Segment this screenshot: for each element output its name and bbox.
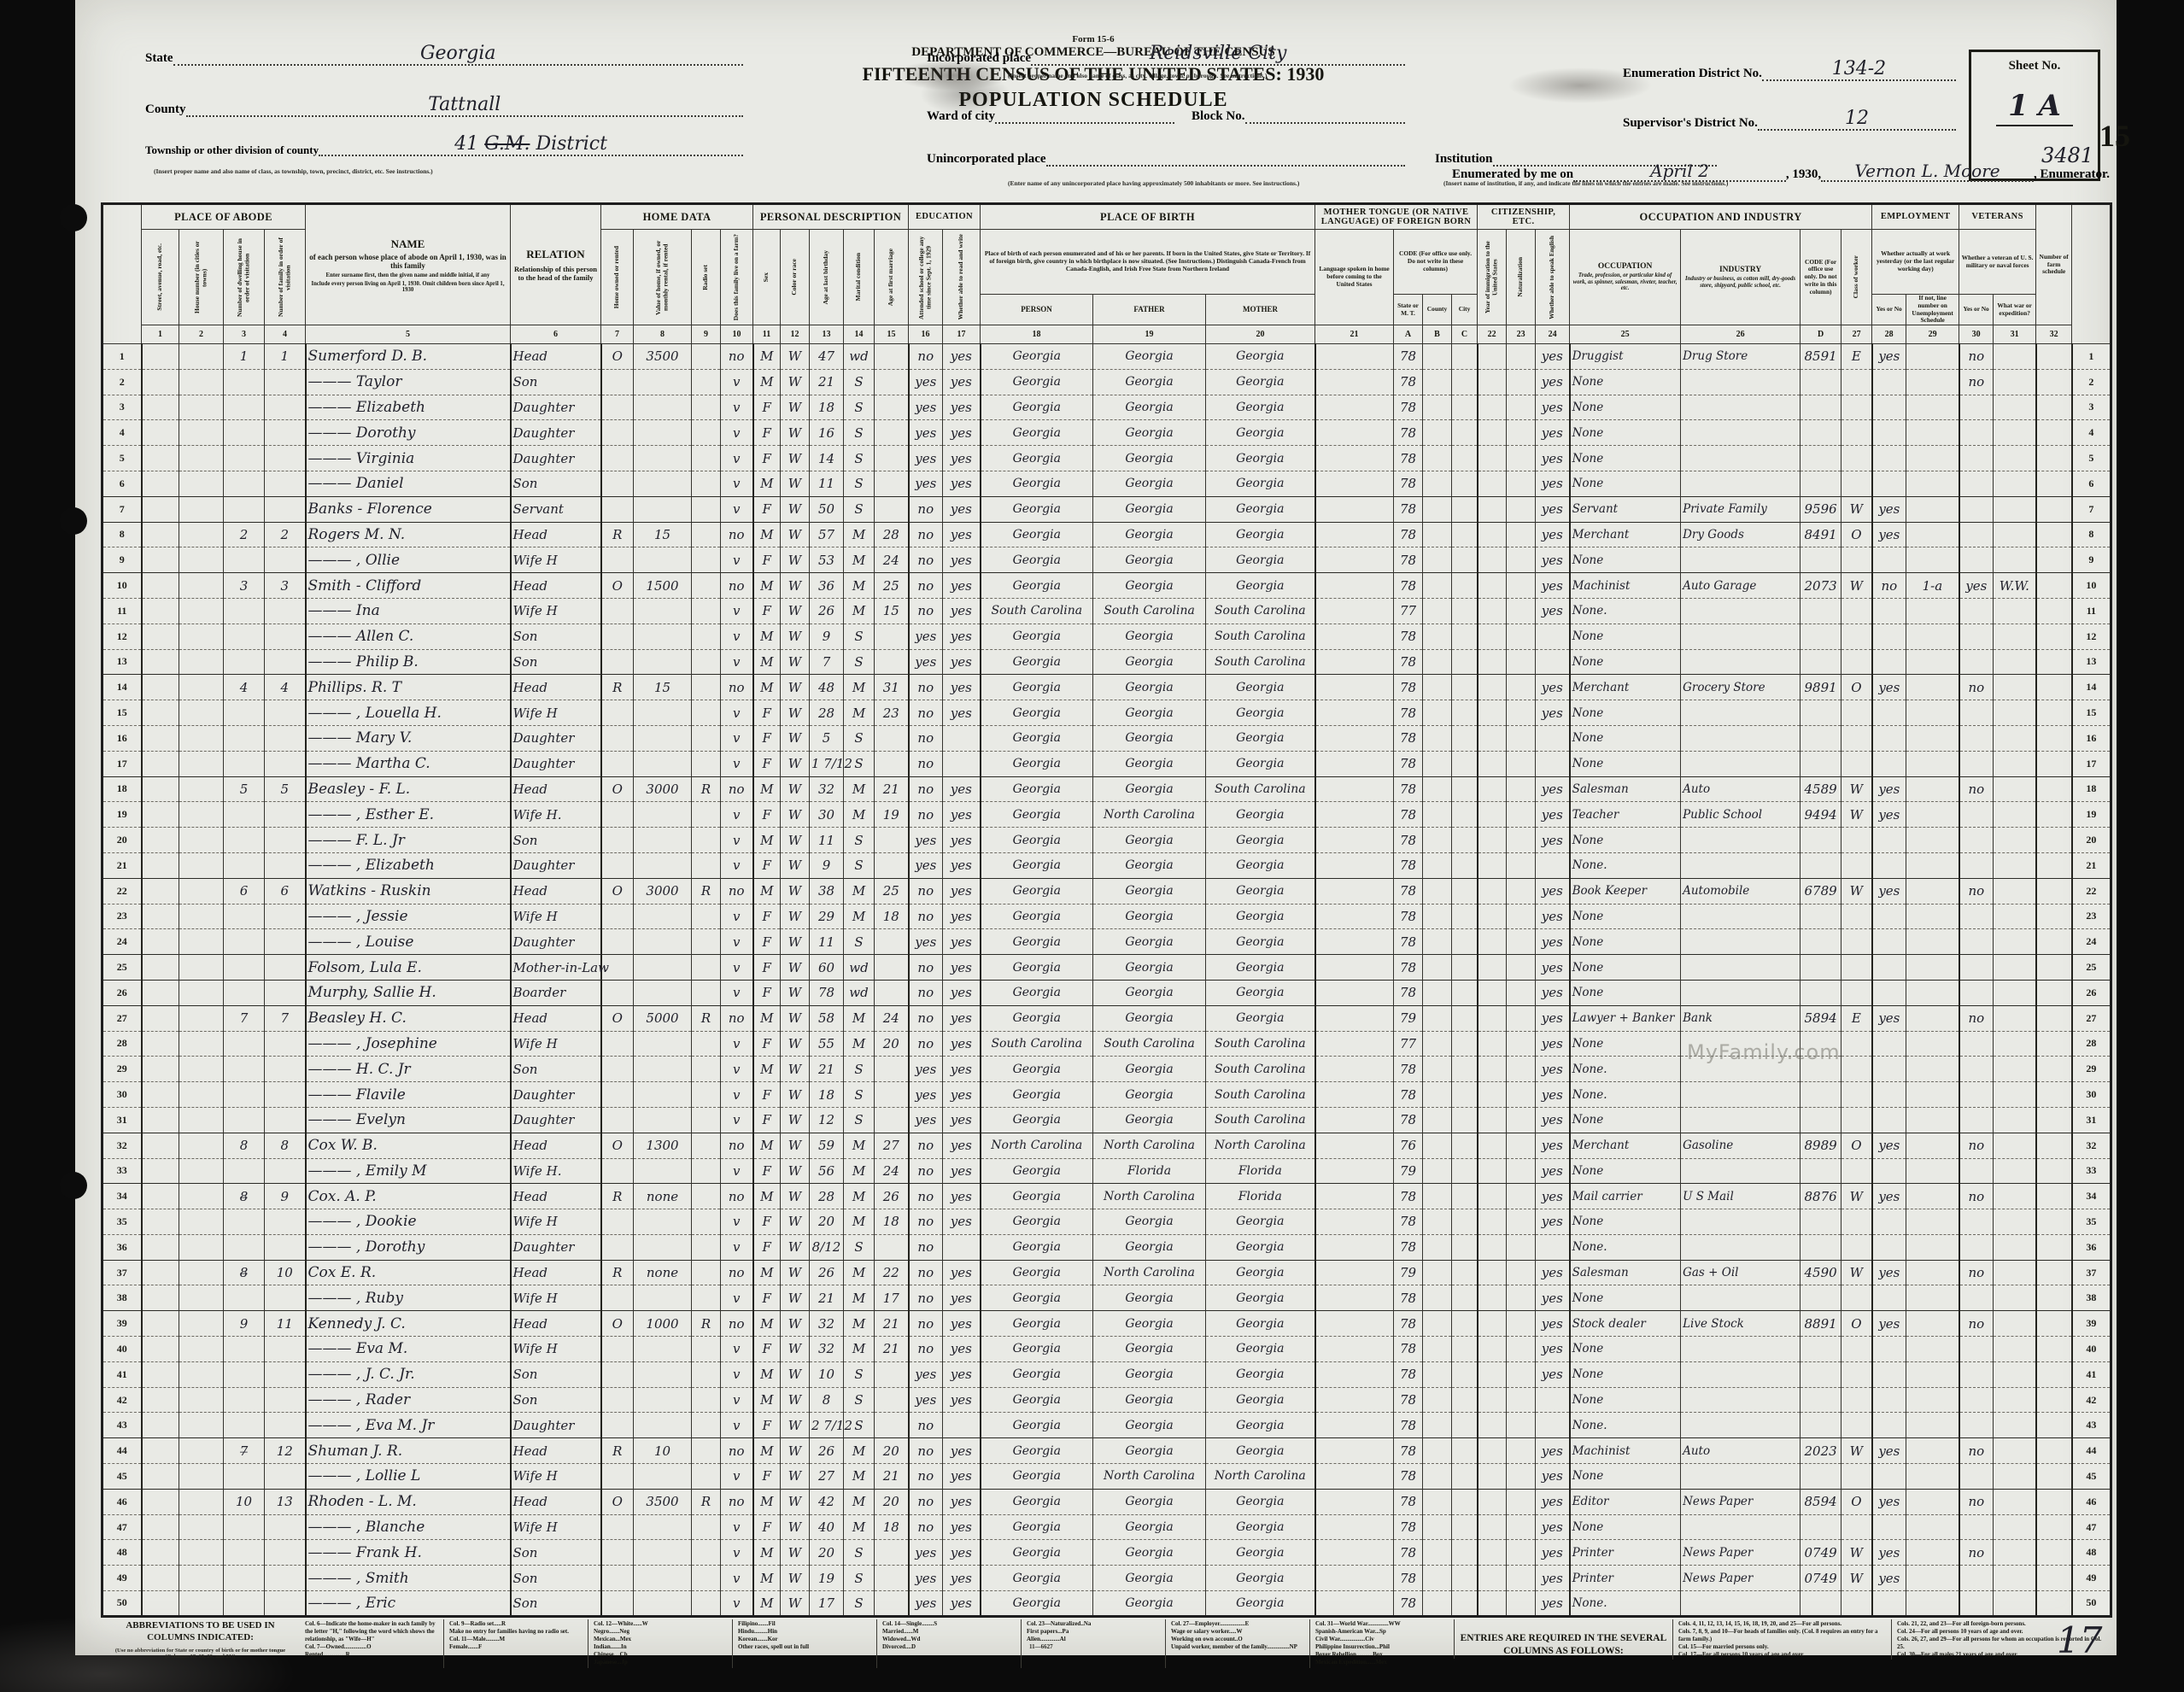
cell: Wife H [511, 904, 601, 929]
cell: M [753, 1540, 781, 1566]
cell: 18 [810, 1082, 844, 1108]
cell [1959, 700, 1994, 726]
cell [224, 1566, 265, 1591]
cell [1478, 1514, 1507, 1540]
cell: yes [1872, 802, 1906, 828]
cell: 60 [810, 955, 844, 981]
cell: ——— Martha C. [306, 751, 511, 776]
cell [692, 751, 721, 776]
cell: 1300 [634, 1133, 692, 1158]
cell [875, 929, 909, 955]
cell: yes [943, 420, 981, 446]
cell [1478, 1413, 1507, 1438]
cell: Georgia [1093, 1337, 1206, 1362]
cell [1507, 1464, 1536, 1490]
cell: Georgia [1206, 1438, 1315, 1464]
cell [224, 1158, 265, 1184]
cell [1681, 1082, 1800, 1108]
cell: Georgia [981, 446, 1093, 471]
cell [1315, 369, 1394, 395]
line-number: 36 [2072, 1234, 2111, 1260]
cell: 78 [1394, 573, 1423, 599]
cell: yes [943, 1005, 981, 1031]
cell [179, 522, 224, 547]
cell: 10 [265, 1260, 306, 1285]
cell: Georgia [981, 369, 1093, 395]
cell: 12 [265, 1438, 306, 1464]
cell: 11 [810, 929, 844, 955]
line-number: 4 [102, 420, 142, 446]
cell: yes [943, 1591, 981, 1617]
person-row: 461013Rhoden - L. M.HeadO3500RnoMW42M20n… [102, 1489, 2111, 1514]
cell: 76 [1394, 1133, 1423, 1158]
line-col-header [2072, 204, 2111, 344]
cell: Georgia [981, 1234, 1093, 1260]
cell: Georgia [981, 624, 1093, 649]
cell: 78 [1394, 1082, 1423, 1108]
cell: no [909, 725, 943, 751]
person-row: 13——— Philip B.SonvMW7SyesyesGeorgiaGeor… [102, 649, 2111, 675]
cell: 3500 [634, 344, 692, 370]
cell [2036, 1005, 2072, 1031]
cell [1452, 1260, 1478, 1285]
col-number: 1 [142, 325, 179, 344]
cell: Druggist [1570, 344, 1681, 370]
cell: no [909, 675, 943, 700]
cell [1478, 369, 1507, 395]
cell: Murphy, Sallie H. [306, 980, 511, 1005]
cell [1800, 904, 1841, 929]
cell [1906, 980, 1959, 1005]
cell: M [844, 700, 875, 726]
cell: 2023 [1800, 1438, 1841, 1464]
cell: 78 [1394, 547, 1423, 573]
cell: no [909, 878, 943, 904]
person-row: 6——— DanielSonvMW11SyesyesGeorgiaGeorgia… [102, 471, 2111, 496]
cell [179, 980, 224, 1005]
cell [1906, 1005, 1959, 1031]
cell: M [844, 1005, 875, 1031]
person-row: 111Sumerford D. B.HeadO3500noMW47wdnoyes… [102, 344, 2111, 370]
cell [1507, 904, 1536, 929]
cell [1906, 1311, 1959, 1337]
cell [142, 955, 179, 981]
cell [692, 1337, 721, 1362]
person-row: 30——— FlavileDaughtervFW18SyesyesGeorgia… [102, 1082, 2111, 1108]
cell [1452, 802, 1478, 828]
cell [1452, 547, 1478, 573]
line-number: 13 [102, 649, 142, 675]
cell: W [781, 751, 810, 776]
cell [1478, 420, 1507, 446]
cell: yes [1536, 1005, 1570, 1031]
cell [179, 446, 224, 471]
cell [1478, 624, 1507, 649]
col-number: A [1394, 325, 1423, 344]
cell: ——— , Dookie [306, 1209, 511, 1235]
cell: 6 [224, 878, 265, 904]
cell [1872, 369, 1906, 395]
col-number: 2 [179, 325, 224, 344]
cell: Georgia [1093, 496, 1206, 522]
cell: M [844, 1260, 875, 1285]
cell [1423, 547, 1452, 573]
cell [1872, 547, 1906, 573]
cell: no [721, 776, 753, 802]
cell: M [844, 598, 875, 624]
cell [875, 980, 909, 1005]
cell: yes [1536, 1057, 1570, 1082]
line-number: 2 [2072, 369, 2111, 395]
cell [1841, 1234, 1872, 1260]
cell: 78 [1394, 1566, 1423, 1591]
cell: North Carolina [1093, 1133, 1206, 1158]
cell: 79 [1394, 1260, 1423, 1285]
cell: yes [1536, 776, 1570, 802]
cell: Georgia [1093, 852, 1206, 878]
cell [1423, 1031, 1452, 1057]
cell [692, 1031, 721, 1057]
cell [875, 1234, 909, 1260]
cell: Georgia [981, 1540, 1093, 1566]
cell [1841, 471, 1872, 496]
cell [1507, 1361, 1536, 1387]
cell [142, 802, 179, 828]
cell: W [1841, 1566, 1872, 1591]
cell [1452, 649, 1478, 675]
cell [1906, 776, 1959, 802]
cell: Georgia [1206, 496, 1315, 522]
line-number: 28 [2072, 1031, 2111, 1057]
cell: 22 [875, 1260, 909, 1285]
cell: yes [909, 1057, 943, 1082]
cell [265, 929, 306, 955]
cell [1994, 1337, 2036, 1362]
cell [1906, 1158, 1959, 1184]
cell: 78 [1394, 1311, 1423, 1337]
cell: no [909, 598, 943, 624]
line-number: 31 [2072, 1107, 2111, 1133]
cell [601, 1209, 634, 1235]
cell [1800, 852, 1841, 878]
cell [224, 751, 265, 776]
cell [1423, 955, 1452, 981]
cell [1994, 980, 2036, 1005]
cell [692, 1285, 721, 1311]
cell [1800, 471, 1841, 496]
cell: 25 [875, 573, 909, 599]
cell [1994, 675, 2036, 700]
person-row: 378̶10Cox E. R.HeadRnonenoMW26M22noyesGe… [102, 1260, 2111, 1285]
cell: R [601, 675, 634, 700]
cell: None [1570, 446, 1681, 471]
cell [224, 1337, 265, 1362]
line-number: 8 [2072, 522, 2111, 547]
cell [1994, 344, 2036, 370]
cell [1423, 1234, 1452, 1260]
cell [1452, 1413, 1478, 1438]
person-row: 21——— , ElizabethDaughtervFW9SyesyesGeor… [102, 852, 2111, 878]
cell: yes [1536, 1566, 1570, 1591]
cell [265, 1158, 306, 1184]
cell: yes [909, 446, 943, 471]
cell: W [781, 828, 810, 853]
cell: Lawyer + Banker [1570, 1005, 1681, 1031]
cell [1423, 1566, 1452, 1591]
cell: yes [1536, 1209, 1570, 1235]
cell [1507, 522, 1536, 547]
cell [1423, 1387, 1452, 1413]
cell: 1000 [634, 1311, 692, 1337]
line-number: 3 [2072, 395, 2111, 420]
col-number: 11 [753, 325, 781, 344]
cell [692, 1107, 721, 1133]
cell: Georgia [981, 675, 1093, 700]
cell [1423, 598, 1452, 624]
cell: yes [943, 1337, 981, 1362]
cell: None [1570, 725, 1681, 751]
cell [601, 1337, 634, 1362]
cell [224, 547, 265, 573]
cell: yes [1536, 344, 1570, 370]
cell [1423, 1082, 1452, 1108]
col-number: 22 [1478, 325, 1507, 344]
cell [692, 828, 721, 853]
cell [1800, 598, 1841, 624]
cell: v [721, 980, 753, 1005]
cell [1681, 700, 1800, 726]
cell [1423, 776, 1452, 802]
cell: 9494 [1800, 802, 1841, 828]
cell: 2 [265, 522, 306, 547]
cell: None [1570, 1361, 1681, 1387]
cell: Machinist [1570, 573, 1681, 599]
cell: v [721, 802, 753, 828]
cell [2036, 1514, 2072, 1540]
cell [1994, 1209, 2036, 1235]
cell [179, 700, 224, 726]
cell: Georgia [1206, 1514, 1315, 1540]
cell [1800, 955, 1841, 981]
cell: W [781, 1031, 810, 1057]
cell [142, 1438, 179, 1464]
cell [601, 649, 634, 675]
cell: Watkins - Ruskin [306, 878, 511, 904]
cell [1959, 1107, 1994, 1133]
line-number: 21 [102, 852, 142, 878]
cell: None [1570, 828, 1681, 853]
cell: v [721, 1082, 753, 1108]
cell [1681, 1591, 1800, 1617]
cell [1681, 929, 1800, 955]
cell: Daughter [511, 1082, 601, 1108]
cell: Georgia [1093, 1540, 1206, 1566]
unincorporated-field: Unincorporated place [927, 152, 1405, 167]
cell: South Carolina [1206, 624, 1315, 649]
cell: W [781, 369, 810, 395]
cell: v [721, 1591, 753, 1617]
cell: v [721, 369, 753, 395]
cell [875, 725, 909, 751]
cell: Georgia [1206, 904, 1315, 929]
col-number: C [1452, 325, 1478, 344]
cell [265, 751, 306, 776]
cell: W [781, 1514, 810, 1540]
cell: M [844, 1311, 875, 1337]
cell [1423, 1057, 1452, 1082]
cell: 77 [1394, 1031, 1423, 1057]
cell [2036, 1031, 2072, 1057]
line-number: 27 [102, 1005, 142, 1031]
cell: 78 [1394, 1413, 1423, 1438]
cell: Wife H [511, 1209, 601, 1235]
cell [142, 1209, 179, 1235]
cell [634, 751, 692, 776]
cell: ——— Philip B. [306, 649, 511, 675]
cell [1841, 446, 1872, 471]
cell: Georgia [981, 1489, 1093, 1514]
cell [1507, 1031, 1536, 1057]
cell [692, 1209, 721, 1235]
cell [1959, 1057, 1994, 1082]
cell: 24 [875, 547, 909, 573]
cell [179, 1031, 224, 1057]
cell: M [844, 1209, 875, 1235]
cell: None [1570, 1158, 1681, 1184]
cell: no [1959, 675, 1994, 700]
cell: v [721, 852, 753, 878]
cell: Printer [1570, 1540, 1681, 1566]
cell [224, 1057, 265, 1082]
cell [2036, 1387, 2072, 1413]
cell: Georgia [1093, 446, 1206, 471]
cell: no [721, 1438, 753, 1464]
line-number: 47 [102, 1514, 142, 1540]
cell [875, 828, 909, 853]
cell: Georgia [1206, 700, 1315, 726]
line-number: 30 [102, 1082, 142, 1108]
person-row: 38——— , RubyWife HvFW21M17noyesGeorgiaGe… [102, 1285, 2111, 1311]
cell [2036, 725, 2072, 751]
cell [634, 904, 692, 929]
cell: Auto Garage [1681, 573, 1800, 599]
line-number: 24 [102, 929, 142, 955]
cell [692, 1133, 721, 1158]
cell [265, 547, 306, 573]
cell [601, 547, 634, 573]
cell: Georgia [981, 1184, 1093, 1209]
cell [1315, 573, 1394, 599]
cell: wd [844, 980, 875, 1005]
cell: 78 [1394, 828, 1423, 853]
cell [1507, 1566, 1536, 1591]
cell [1478, 1311, 1507, 1337]
line-number: 6 [2072, 471, 2111, 496]
cell [1315, 1464, 1394, 1490]
entries-col1: Cols. 4, 11, 12, 13, 14, 15, 16, 18, 19,… [1672, 1619, 1891, 1660]
cell: Georgia [1093, 1387, 1206, 1413]
cell [1906, 1489, 1959, 1514]
person-row: 48——— Frank H.SonvMW20SyesyesGeorgiaGeor… [102, 1540, 2111, 1566]
cell: 1-a [1906, 573, 1959, 599]
cell: South Carolina [1093, 1031, 1206, 1057]
line-number: 45 [102, 1464, 142, 1490]
cell [1536, 1234, 1570, 1260]
cell [943, 725, 981, 751]
cell: 21 [810, 369, 844, 395]
cell: ——— Virginia [306, 446, 511, 471]
cell: Georgia [1093, 1591, 1206, 1617]
cell [265, 802, 306, 828]
cell [179, 802, 224, 828]
cell: 7 [265, 1005, 306, 1031]
cell [224, 1514, 265, 1540]
cell [1315, 1005, 1394, 1031]
cell: Mail carrier [1570, 1184, 1681, 1209]
cell: v [721, 1514, 753, 1540]
cell [1423, 1209, 1452, 1235]
cell: Georgia [981, 1438, 1093, 1464]
cell [265, 1361, 306, 1387]
cell [1423, 1489, 1452, 1514]
cell [2036, 1107, 2072, 1133]
cell [634, 1361, 692, 1387]
cell [1841, 395, 1872, 420]
cell [179, 751, 224, 776]
cell: yes [943, 1285, 981, 1311]
cell [1315, 1260, 1394, 1285]
cell: no [909, 1464, 943, 1490]
cell [875, 369, 909, 395]
line-number: 17 [102, 751, 142, 776]
cell: yes [1536, 471, 1570, 496]
cell: yes [943, 1082, 981, 1108]
cell [1841, 980, 1872, 1005]
cell: Georgia [1206, 828, 1315, 853]
line-number: 25 [102, 955, 142, 981]
cell: Auto [1681, 776, 1800, 802]
cell [1994, 1234, 2036, 1260]
cell [1994, 446, 2036, 471]
cell: Daughter [511, 1234, 601, 1260]
cell [943, 1413, 981, 1438]
cell: Georgia [1093, 980, 1206, 1005]
cell [1423, 1413, 1452, 1438]
cell: M [844, 1184, 875, 1209]
cell: North Carolina [1093, 1464, 1206, 1490]
cell: Son [511, 1591, 601, 1617]
cell [1423, 446, 1452, 471]
line-number: 13 [2072, 649, 2111, 675]
cell [142, 1540, 179, 1566]
cell: yes [1536, 1184, 1570, 1209]
cell: W.W. [1994, 573, 2036, 599]
cell: yes [1536, 1489, 1570, 1514]
cell: yes [1536, 929, 1570, 955]
cell [179, 1057, 224, 1082]
cell [1994, 1260, 2036, 1285]
cell [1315, 1184, 1394, 1209]
cell [179, 1005, 224, 1031]
cell: W [781, 446, 810, 471]
cell [1959, 496, 1994, 522]
cell [1478, 1158, 1507, 1184]
cell: Georgia [1206, 751, 1315, 776]
cell [179, 1514, 224, 1540]
cell: Head [511, 1184, 601, 1209]
cell: None [1570, 904, 1681, 929]
cell [1423, 1133, 1452, 1158]
